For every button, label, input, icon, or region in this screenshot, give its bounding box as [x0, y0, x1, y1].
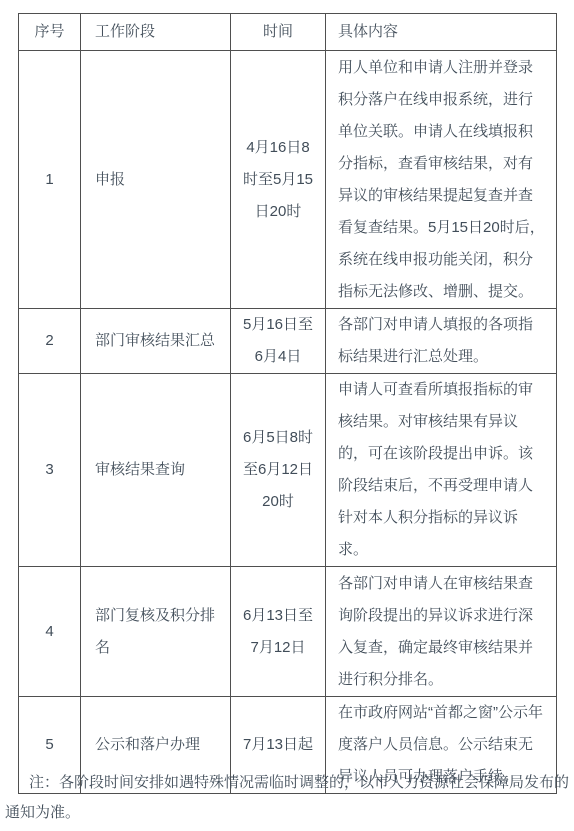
- time-cell: 6月13日至 7月12日: [231, 567, 326, 697]
- content-cell: 用人单位和申请人注册并登录积分落户在线申报系统，进行单位关联。申请人在线填报积分…: [326, 51, 557, 309]
- time-cell: 4月16日8 时至5月15 日20时: [231, 51, 326, 309]
- header-cell-no: 序号: [19, 14, 81, 51]
- stage-cell: 部门审核结果汇总: [81, 309, 231, 374]
- document-page: 序号 工作阶段 时间 具体内容 1 申报 4月16日8 时至5月15 日20时 …: [0, 0, 574, 831]
- stage-cell: 申报: [81, 51, 231, 309]
- header-cell-content: 具体内容: [326, 14, 557, 51]
- schedule-table: 序号 工作阶段 时间 具体内容 1 申报 4月16日8 时至5月15 日20时 …: [18, 13, 557, 794]
- row-number: 4: [19, 567, 81, 697]
- table-row: 3 审核结果查询 6月5日8时 至6月12日 20时 申请人可查看所填报指标的审…: [19, 374, 557, 567]
- row-number: 3: [19, 374, 81, 567]
- table-row: 4 部门复核及积分排名 6月13日至 7月12日 各部门对申请人在审核结果查询阶…: [19, 567, 557, 697]
- content-cell: 申请人可查看所填报指标的审核结果。对审核结果有异议的，可在该阶段提出申诉。该阶段…: [326, 374, 557, 567]
- time-cell: 5月16日至 6月4日: [231, 309, 326, 374]
- footnote: 注：各阶段时间安排如遇特殊情况需临时调整的，以市人力资源社会保障局发布的通知为准…: [5, 768, 569, 828]
- header-cell-time: 时间: [231, 14, 326, 51]
- time-cell: 6月5日8时 至6月12日 20时: [231, 374, 326, 567]
- header-row: 序号 工作阶段 时间 具体内容: [19, 14, 557, 51]
- row-number: 2: [19, 309, 81, 374]
- content-cell: 各部门对申请人在审核结果查询阶段提出的异议诉求进行深入复查，确定最终审核结果并进…: [326, 567, 557, 697]
- header-cell-stage: 工作阶段: [81, 14, 231, 51]
- stage-cell: 审核结果查询: [81, 374, 231, 567]
- stage-cell: 部门复核及积分排名: [81, 567, 231, 697]
- table-row: 2 部门审核结果汇总 5月16日至 6月4日 各部门对申请人填报的各项指标结果进…: [19, 309, 557, 374]
- table-row: 1 申报 4月16日8 时至5月15 日20时 用人单位和申请人注册并登录积分落…: [19, 51, 557, 309]
- content-cell: 各部门对申请人填报的各项指标结果进行汇总处理。: [326, 309, 557, 374]
- row-number: 1: [19, 51, 81, 309]
